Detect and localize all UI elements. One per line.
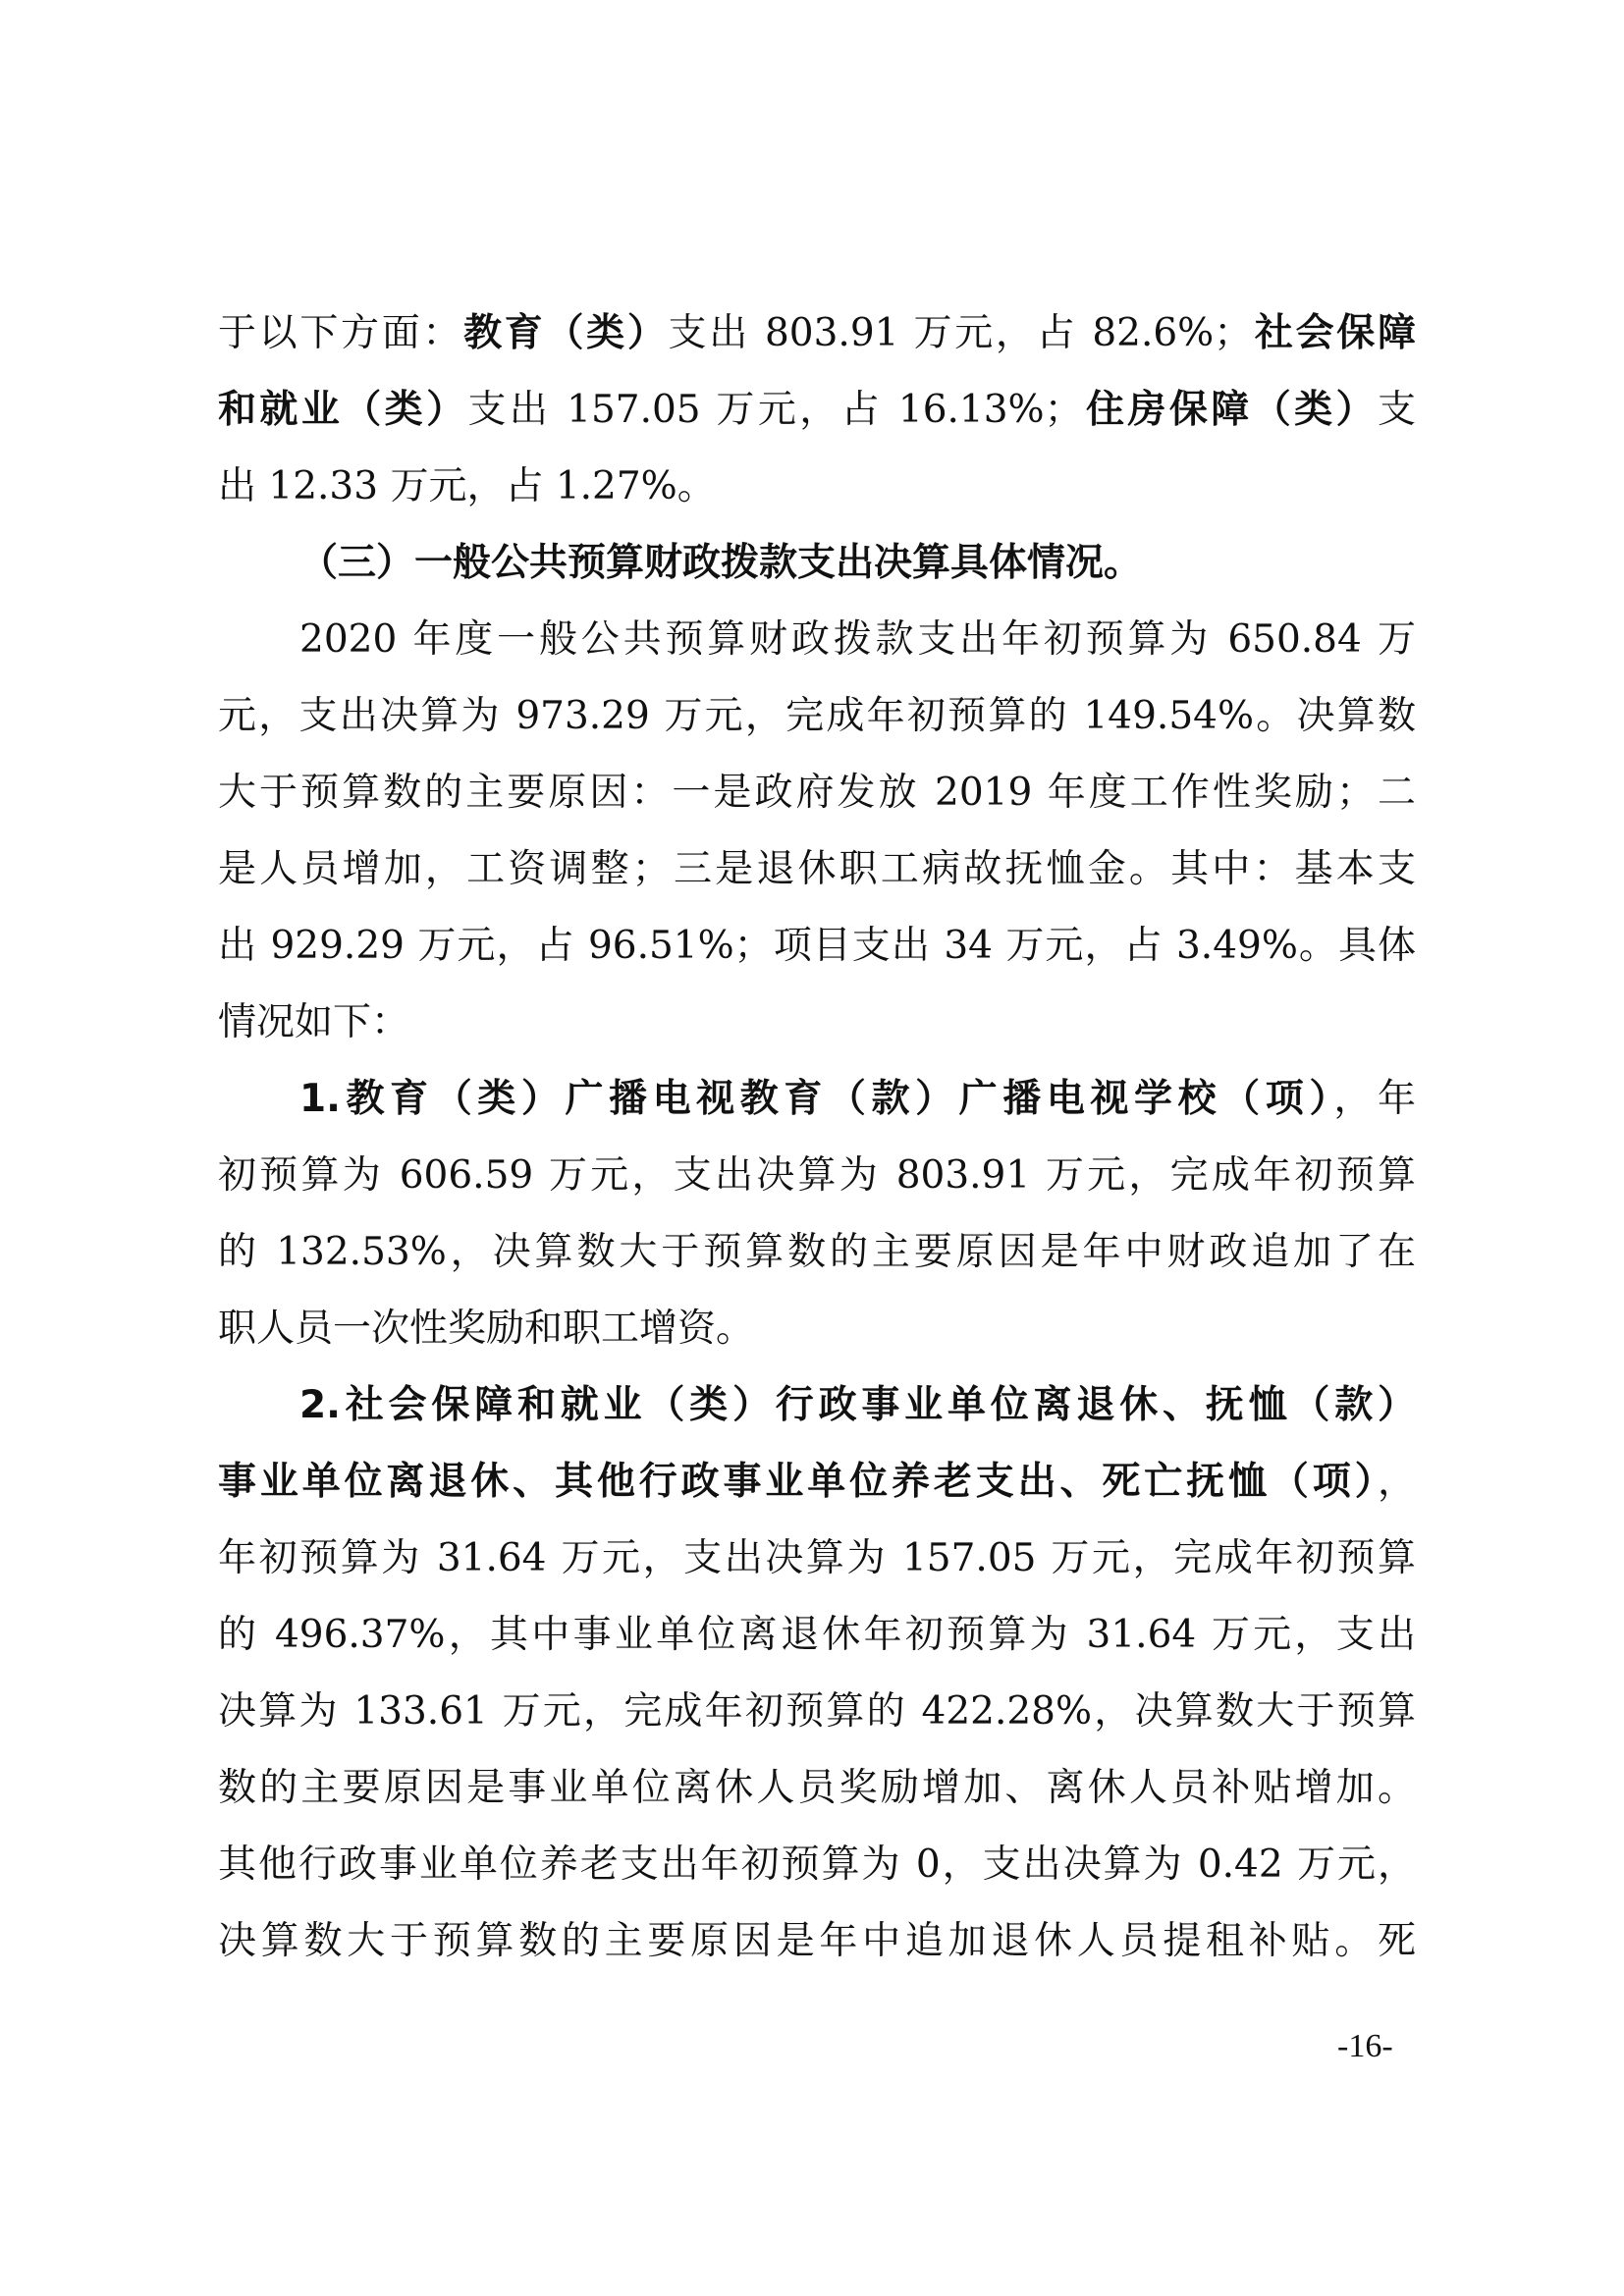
text-line: 2020 年度一般公共预算财政拨款支出年初预算为 650.84 万 [299,611,1416,669]
text-run: ， [1378,1460,1416,1504]
text-line: 元，支出决算为 973.29 万元，完成年初预算的 149.54%。决算数 [218,687,1416,746]
item-heading-continued: 事业单位离退休、其他行政事业单位养老支出、死亡抚恤（项）， [218,1453,1416,1512]
bold-category: 住房保障（类） [1083,388,1378,432]
bold-category: 教育（类） [463,311,668,355]
text-line: 情况如下： [218,993,1416,1052]
item-heading: 2.社会保障和就业（类）行政事业单位离退休、抚恤（款） [299,1376,1416,1435]
text-line: 年初预算为 31.64 万元，支出决算为 157.05 万元，完成年初预算 [218,1529,1416,1588]
text-line: 决算为 133.61 万元，完成年初预算的 422.28%，决算数大于预算 [218,1682,1416,1741]
text-line: 数的主要原因是事业单位离休人员奖励增加、离休人员补贴增加。 [218,1759,1416,1818]
text-line: 其他行政事业单位养老支出年初预算为 0，支出决算为 0.42 万元， [218,1836,1416,1895]
text-run: 支出 803.91 万元，占 82.6%； [669,311,1253,355]
text-line: 职人员一次性奖励和职工增资。 [218,1300,1416,1359]
text-line: 初预算为 606.59 万元，支出决算为 803.91 万元，完成年初预算 [218,1147,1416,1205]
text-line: 大于预算数的主要原因：一是政府发放 2019 年度工作性奖励；二 [218,764,1416,823]
text-run: 支出 157.05 万元，占 16.13%； [468,388,1083,432]
document-page: 于以下方面：教育（类）支出 803.91 万元，占 82.6%；社会保障 和就业… [0,0,1624,2296]
text-line: 和就业（类）支出 157.05 万元，占 16.13%；住房保障（类）支 [218,381,1416,440]
bold-category: 社会保障 [1252,311,1416,355]
text-line: 的 132.53%，决算数大于预算数的主要原因是年中财政追加了在 [218,1223,1416,1282]
text-run: ，年 [1333,1077,1416,1121]
text-line: 出 12.33 万元，占 1.27%。 [218,457,1416,516]
text-line: 是人员增加，工资调整；三是退休职工病故抚恤金。其中：基本支 [218,840,1416,899]
text-line: 出 929.29 万元，占 96.51%；项目支出 34 万元，占 3.49%。… [218,917,1416,976]
bold-category: 和就业（类） [218,388,468,432]
text-line: 于以下方面：教育（类）支出 803.91 万元，占 82.6%；社会保障 [218,304,1416,363]
bold-item-title: 1.教育（类）广播电视教育（款）广播电视学校（项） [299,1077,1333,1121]
text-line: 的 496.37%，其中事业单位离退休年初预算为 31.64 万元，支出 [218,1606,1416,1665]
section-heading: （三）一般公共预算财政拨款支出决算具体情况。 [299,534,1416,593]
item-heading: 1.教育（类）广播电视教育（款）广播电视学校（项），年 [299,1070,1416,1129]
text-run: 于以下方面： [218,311,463,355]
text-line: 决算数大于预算数的主要原因是年中追加退休人员提租补贴。死 [218,1912,1416,1971]
text-run: 出 12.33 万元，占 1.27%。 [218,464,716,508]
page-number: -16- [1337,2028,1393,2065]
text-run: 支 [1378,388,1416,432]
bold-item-title: 事业单位离退休、其他行政事业单位养老支出、死亡抚恤（项） [218,1460,1378,1504]
